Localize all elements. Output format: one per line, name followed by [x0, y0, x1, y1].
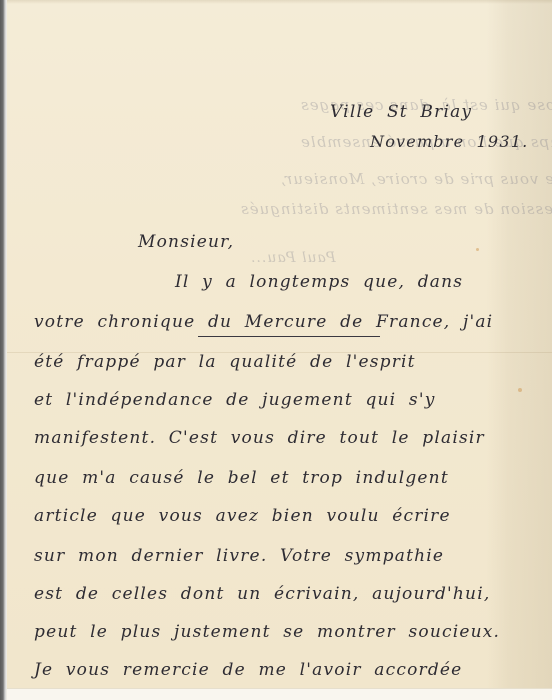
bleed-through-line: l'expression de mes sentiments distingué…	[240, 200, 552, 218]
letter-date: Novembre 1931.	[370, 132, 528, 151]
body-line: été frappé par la qualité de l'esprit	[34, 352, 416, 372]
body-line: peut le plus justement se montrer soucie…	[34, 622, 500, 642]
title-underline	[198, 336, 380, 337]
body-line: Il y a longtemps que, dans	[175, 272, 463, 292]
paper-stain	[518, 388, 522, 392]
body-line: et l'indépendance de jugement qui s'y	[34, 390, 436, 410]
letter-salutation: Monsieur,	[138, 232, 234, 252]
body-line-text: votre chronique du Mercure de France, j'…	[34, 312, 493, 332]
bleed-through-line: je vous prie de croire, Monsieur,	[280, 170, 552, 188]
left-scan-edge	[0, 0, 7, 700]
body-line: sur mon dernier livre. Votre sympathie	[34, 546, 444, 566]
bleed-through-signature: Paul Pau...	[250, 250, 336, 266]
body-line: que m'a causé le bel et trop indulgent	[34, 468, 449, 488]
paper-stain	[476, 248, 479, 251]
letter-scan: chose qui est là, dans ces pages au temp…	[0, 0, 552, 700]
body-line: article que vous avez bien voulu écrire	[34, 506, 451, 526]
body-line: Je vous remercie de me l'avoir accordée	[34, 660, 462, 680]
body-line: est de celles dont un écrivain, aujourd'…	[34, 584, 490, 604]
bottom-scan-edge	[7, 688, 552, 700]
body-line: manifestent. C'est vous dire tout le pla…	[34, 428, 485, 448]
letter-place: Ville St Briay	[330, 102, 472, 122]
body-line: votre chronique du Mercure de France, j'…	[34, 312, 493, 332]
top-edge-shadow	[7, 0, 552, 4]
